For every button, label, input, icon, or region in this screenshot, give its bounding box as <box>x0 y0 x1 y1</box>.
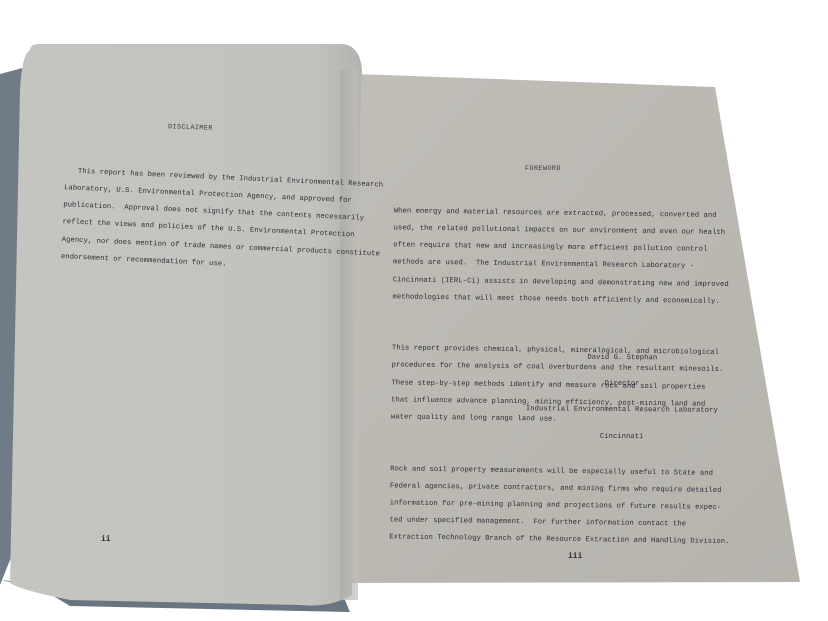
signatory-city: Cincinnati <box>526 432 718 442</box>
open-booklet: DISCLAIMER This report has been reviewed… <box>0 0 828 621</box>
text-line: reflect the views and policies of the U.… <box>62 218 354 239</box>
text-line: used, the related pollutional impacts on… <box>393 224 725 237</box>
signatory-name: David G. Stephan <box>526 353 718 363</box>
text-line: often require that new and increasingly … <box>393 242 707 254</box>
gutter-shadow <box>340 70 358 600</box>
text-line: Cincinnati (IERL-Ci) assists in developi… <box>393 276 729 289</box>
text-line: methods are used. The Industrial Environ… <box>393 259 694 271</box>
foreword-paragraph-3: Rock and soil property measurements will… <box>363 456 724 556</box>
foreword-paragraph-1: When energy and material resources are e… <box>366 198 728 315</box>
signatory-organization: Industrial Environmental Research Labora… <box>526 406 718 416</box>
disclaimer-body: This report has been reviewed by the Ind… <box>33 140 340 308</box>
text-line: ted under specified management. For furt… <box>389 516 686 528</box>
text-line: Extraction Technology Branch of the Reso… <box>389 534 729 547</box>
disclaimer-paragraph: This report has been reviewed by the Ind… <box>34 157 339 282</box>
disclaimer-heading: DISCLAIMER <box>168 123 213 133</box>
foreword-heading: FOREWORD <box>525 165 561 173</box>
text-line: endorsement or recommendation for use. <box>61 253 227 269</box>
text-line: When energy and material resources are e… <box>394 207 717 220</box>
text-line: Federal agencies, private contractors, a… <box>390 482 722 495</box>
text-line: Rock and soil property measurements will… <box>390 465 713 478</box>
signature-block: David G. Stephan Director Industrial Env… <box>525 335 718 460</box>
page-number-right: iii <box>568 552 582 561</box>
page-number-left: ii <box>101 535 111 544</box>
text-line: methodologies that will meet those needs… <box>393 293 720 306</box>
signatory-title: Director <box>526 379 718 389</box>
text-line: Laboratory, U.S. Environmental Protectio… <box>64 184 352 205</box>
text-line: information for pre-mining planning and … <box>390 499 722 512</box>
